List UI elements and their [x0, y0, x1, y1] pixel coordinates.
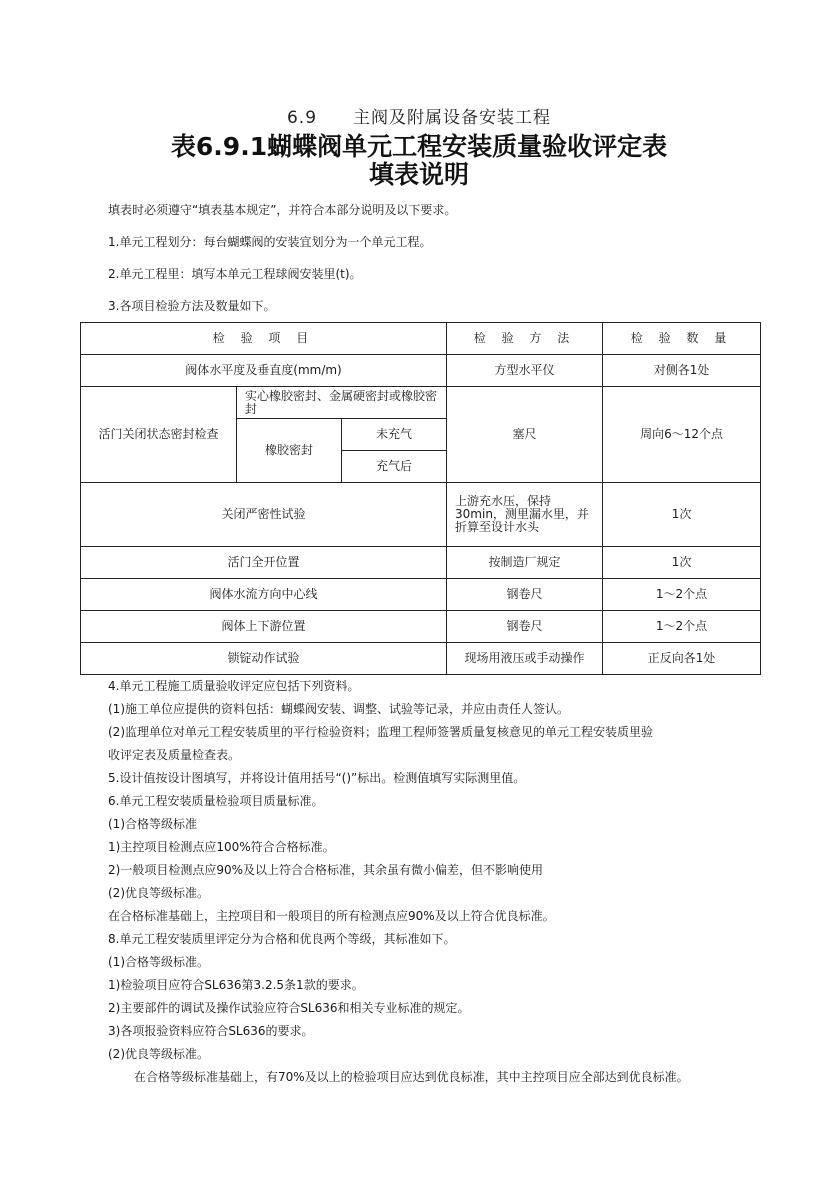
cell-subitem-detail: 充气后 [342, 451, 447, 483]
cell-item: 活门关闭状态密封检查 [81, 387, 237, 483]
note-8-1-1: 1)检验项目应符合SL636第3.2.5条1款的要求。 [108, 978, 364, 992]
cell-method: 现场用液压或手动操作 [447, 643, 603, 675]
table-row: 关闭严密性试验 上游充水压，保持30min，测里漏水里，并折算至设计水头 1次 [81, 483, 761, 547]
cell-quantity: 1～2个点 [603, 611, 761, 643]
cell-quantity: 1次 [603, 547, 761, 579]
cell-subitem-detail: 未充气 [342, 419, 447, 451]
note-4-2-cont: 收评定表及质量检查表。 [108, 748, 240, 762]
header-item: 检 验 项 目 [81, 323, 447, 355]
table-header-row: 检 验 项 目 检 验 方 法 检 验 数 量 [81, 323, 761, 355]
page-title: 表6.9.1蝴蝶阀单元工程安装质量验收评定表 [0, 133, 838, 161]
cell-item: 阀体水流方向中心线 [81, 579, 447, 611]
table-row: 阀体上下游位置 钢卷尺 1～2个点 [81, 611, 761, 643]
cell-item: 阀体水平度及垂直度(mm/m) [81, 355, 447, 387]
cell-subitem: 橡胶密封 [237, 419, 342, 483]
intro-item-2: 2.单元工程里：填写本单元工程球阀安装里(t)。 [108, 267, 362, 281]
note-8-1-3: 3)各项报验资料应符合SL636的要求。 [108, 1024, 314, 1038]
cell-method: 按制造厂规定 [447, 547, 603, 579]
note-6-1-2: 2)一般项目检测点应90%及以上符合合格标准，其余虽有微小偏差，但不影响使用 [108, 863, 543, 877]
note-6: 6.单元工程安装质量检验项目质量标准。 [108, 794, 323, 808]
note-6-2: (2)优良等级标准。 [108, 886, 209, 900]
note-4: 4.单元工程施工质量验收评定应包括下列资料。 [108, 679, 359, 693]
table-row: 活门全开位置 按制造厂规定 1次 [81, 547, 761, 579]
cell-method: 上游充水压，保持30min，测里漏水里，并折算至设计水头 [447, 483, 603, 547]
table-row: 锁锭动作试验 现场用液压或手动操作 正反向各1处 [81, 643, 761, 675]
cell-quantity: 1～2个点 [603, 579, 761, 611]
cell-quantity: 1次 [603, 483, 761, 547]
note-8-2-text: 在合格等级标准基础上，有70%及以上的检验项目应达到优良标准，其中主控项目应全部… [134, 1070, 689, 1084]
cell-method: 塞尺 [447, 387, 603, 483]
note-8-1-2: 2)主要部件的调试及操作试验应符合SL636和相关专业标准的规定。 [108, 1001, 470, 1015]
page-subtitle: 填表说明 [0, 161, 838, 189]
intro-paragraph: 填表时必须遵守“填表基本规定”，并符合本部分说明及以下要求。 [108, 203, 456, 217]
cell-method: 钢卷尺 [447, 611, 603, 643]
note-6-1-1: 1)主控项目检测点应100%符合合格标准。 [108, 840, 335, 854]
cell-item: 阀体上下游位置 [81, 611, 447, 643]
note-5: 5.设计值按设计图填写，并将设计值用括号“()”标出。检测值填写实际测里值。 [108, 771, 525, 785]
cell-quantity: 周向6～12个点 [603, 387, 761, 483]
header-method: 检 验 方 法 [447, 323, 603, 355]
table-row: 阀体水流方向中心线 钢卷尺 1～2个点 [81, 579, 761, 611]
inspection-table: 检 验 项 目 检 验 方 法 检 验 数 量 阀体水平度及垂直度(mm/m) … [80, 322, 761, 675]
note-8-1: (1)合格等级标准。 [108, 955, 209, 969]
note-4-1: (1)施工单位应提供的资料包括：蝴蝶阀安装、调整、试验等记录，并应由责任人签认。 [108, 702, 569, 716]
note-6-2-text: 在合格标准基础上，主控项目和一般项目的所有检测点应90%及以上符合优良标准。 [108, 909, 555, 923]
note-4-2: (2)监理单位对单元工程安装质里的平行检验资料；监理工程师签署质量复核意见的单元… [108, 725, 653, 739]
cell-method: 钢卷尺 [447, 579, 603, 611]
note-8: 8.单元工程安装质里评定分为合格和优良两个等级，其标准如下。 [108, 932, 455, 946]
intro-item-1: 1.单元工程划分：每台蝴蝶阀的安装宜划分为一个单元工程。 [108, 235, 431, 249]
cell-quantity: 正反向各1处 [603, 643, 761, 675]
table-row: 阀体水平度及垂直度(mm/m) 方型水平仪 对侧各1处 [81, 355, 761, 387]
section-heading: 6.9 主阀及附属设备安装工程 [0, 103, 838, 128]
cell-quantity: 对侧各1处 [603, 355, 761, 387]
header-quantity: 检 验 数 量 [603, 323, 761, 355]
table-row: 活门关闭状态密封检查 实心橡胶密封、金属硬密封或橡胶密封 塞尺 周向6～12个点 [81, 387, 761, 419]
cell-item: 关闭严密性试验 [81, 483, 447, 547]
note-6-1: (1)合格等级标准 [108, 817, 197, 831]
cell-item: 活门全开位置 [81, 547, 447, 579]
cell-subitem: 实心橡胶密封、金属硬密封或橡胶密封 [237, 387, 447, 419]
cell-item: 锁锭动作试验 [81, 643, 447, 675]
cell-method: 方型水平仪 [447, 355, 603, 387]
note-8-2: (2)优良等级标准。 [108, 1047, 209, 1061]
intro-item-3: 3.各项目检验方法及数量如下。 [108, 299, 275, 313]
